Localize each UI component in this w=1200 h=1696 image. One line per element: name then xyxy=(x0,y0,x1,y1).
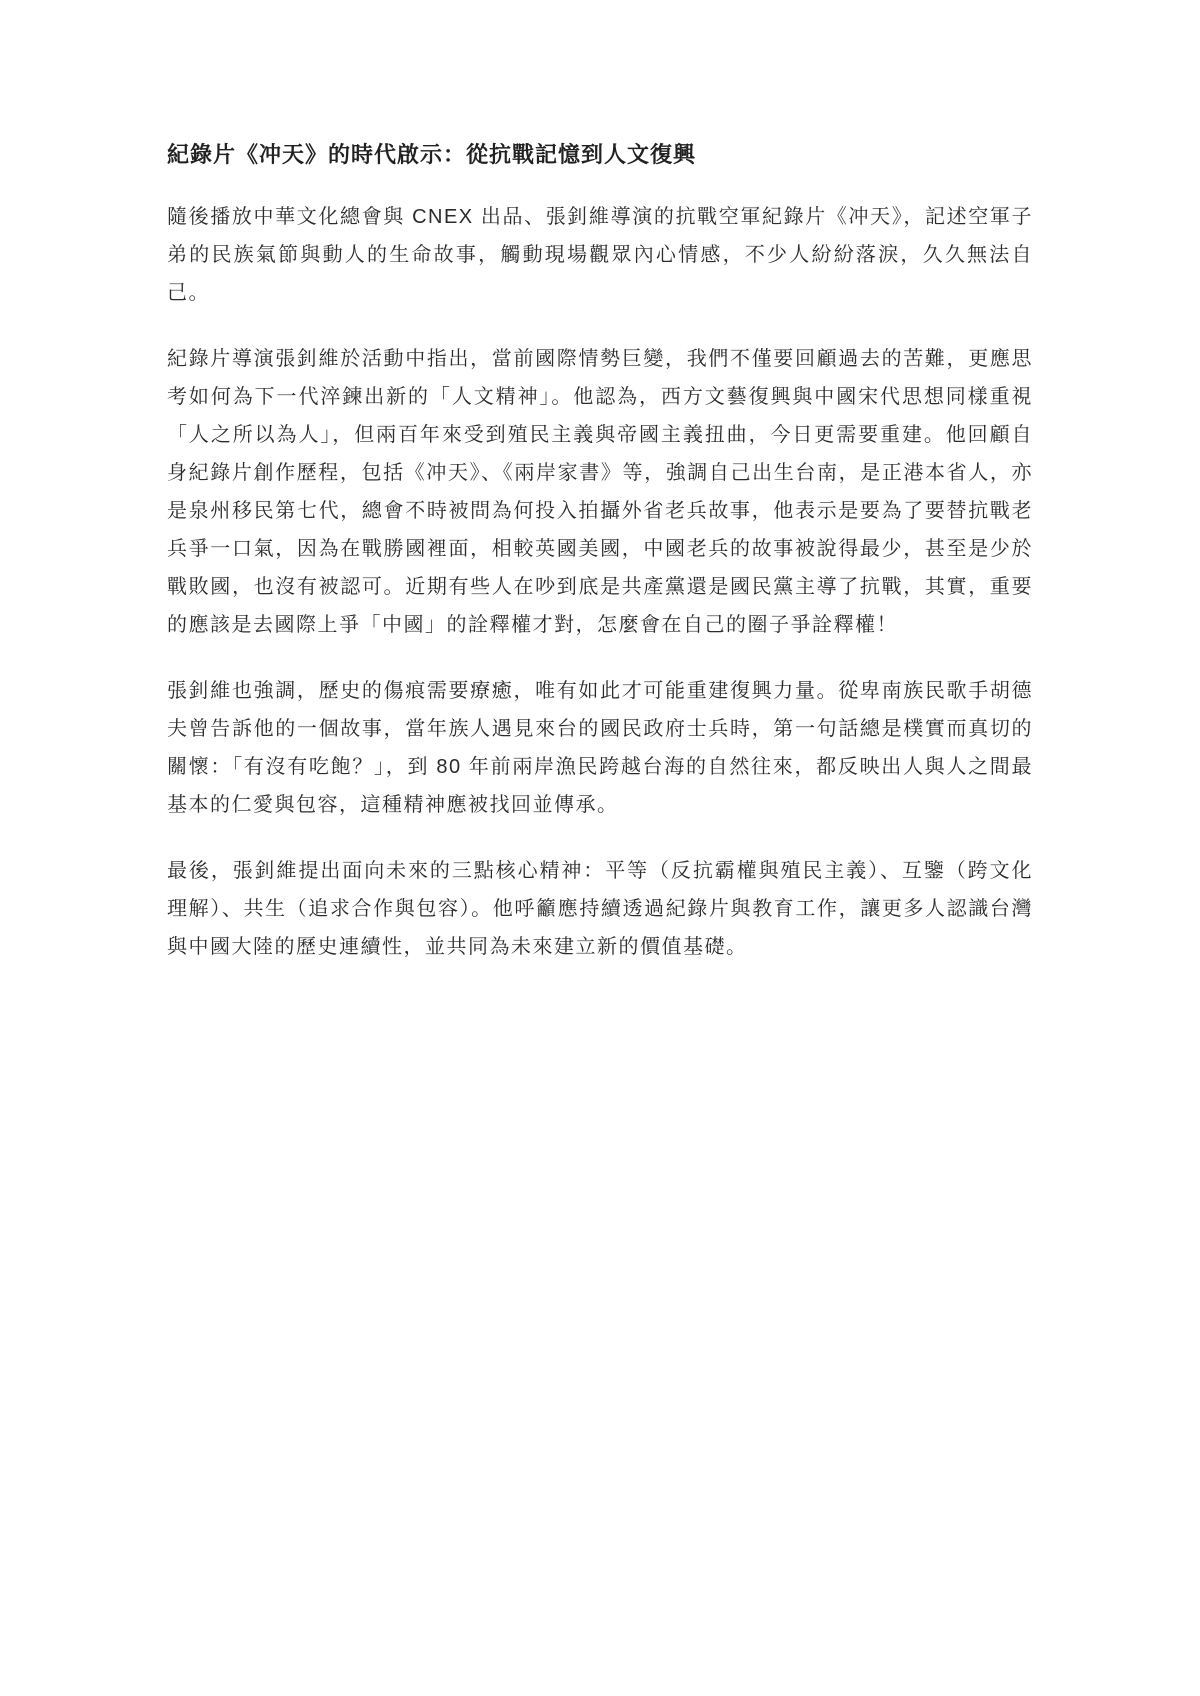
document-title: 紀錄片《冲天》的時代啟示：從抗戰記憶到人文復興 xyxy=(167,138,1033,172)
document-page: 紀錄片《冲天》的時代啟示：從抗戰記憶到人文復興 隨後播放中華文化總會與 CNEX… xyxy=(0,0,1200,1696)
paragraph-intro-film: 隨後播放中華文化總會與 CNEX 出品、張釗維導演的抗戰空軍紀錄片《冲天》，記述… xyxy=(167,198,1033,312)
paragraph-healing-history: 張釗維也強調，歷史的傷痕需要療癒，唯有如此才可能重建復興力量。從卑南族民歌手胡德… xyxy=(167,672,1033,824)
paragraph-director-remarks: 紀錄片導演張釗維於活動中指出，當前國際情勢巨變，我們不僅要回顧過去的苦難，更應思… xyxy=(167,340,1033,644)
paragraph-three-core-spirits: 最後，張釗維提出面向未來的三點核心精神：平等（反抗霸權與殖民主義）、互鑒（跨文化… xyxy=(167,852,1033,966)
